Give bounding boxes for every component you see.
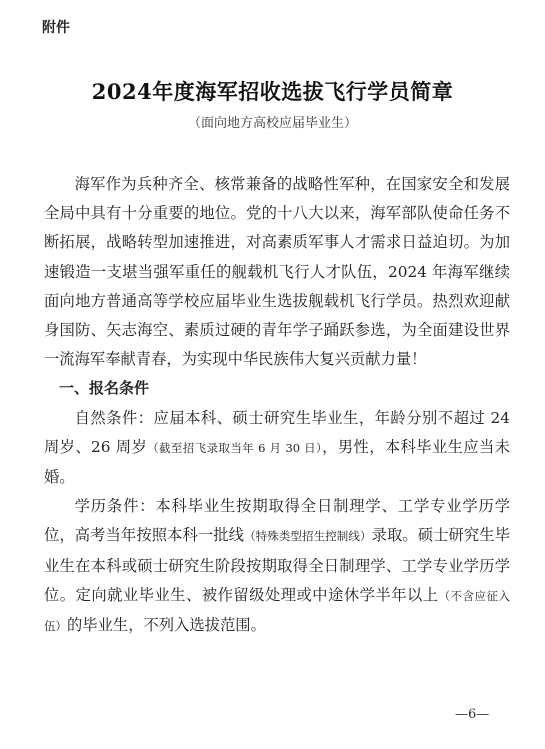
attachment-label: 附件: [42, 17, 70, 37]
natural-conditions-paragraph: 自然条件：应届本科、硕士研究生毕业生，年龄分别不超过 24 周岁、26 周岁（截…: [44, 404, 510, 493]
education-conditions-paragraph: 学历条件：本科毕业生按期取得全日制理学、工学专业学历学位，高考当年按照本科一批线…: [44, 492, 510, 641]
education-conditions-tail: 的毕业生，不列入选拔范围。: [67, 616, 266, 634]
natural-conditions-note: （截至招飞录取当年 6 月 30 日）: [147, 441, 322, 455]
document-body: 海军作为兵种齐全、核常兼备的战略性军种，在国家安全和发展全局中具有十分重要的地位…: [44, 170, 510, 641]
section-heading-eligibility: 一、报名条件: [44, 374, 510, 403]
education-conditions-note: （特殊类型招生控制线）: [244, 529, 372, 543]
document-title: 2024年度海军招收选拔飞行学员简章: [0, 76, 545, 106]
page-number: —6—: [455, 707, 489, 722]
document-subtitle: （面向地方高校应届毕业生）: [0, 112, 545, 131]
intro-paragraph: 海军作为兵种齐全、核常兼备的战略性军种，在国家安全和发展全局中具有十分重要的地位…: [44, 170, 510, 374]
